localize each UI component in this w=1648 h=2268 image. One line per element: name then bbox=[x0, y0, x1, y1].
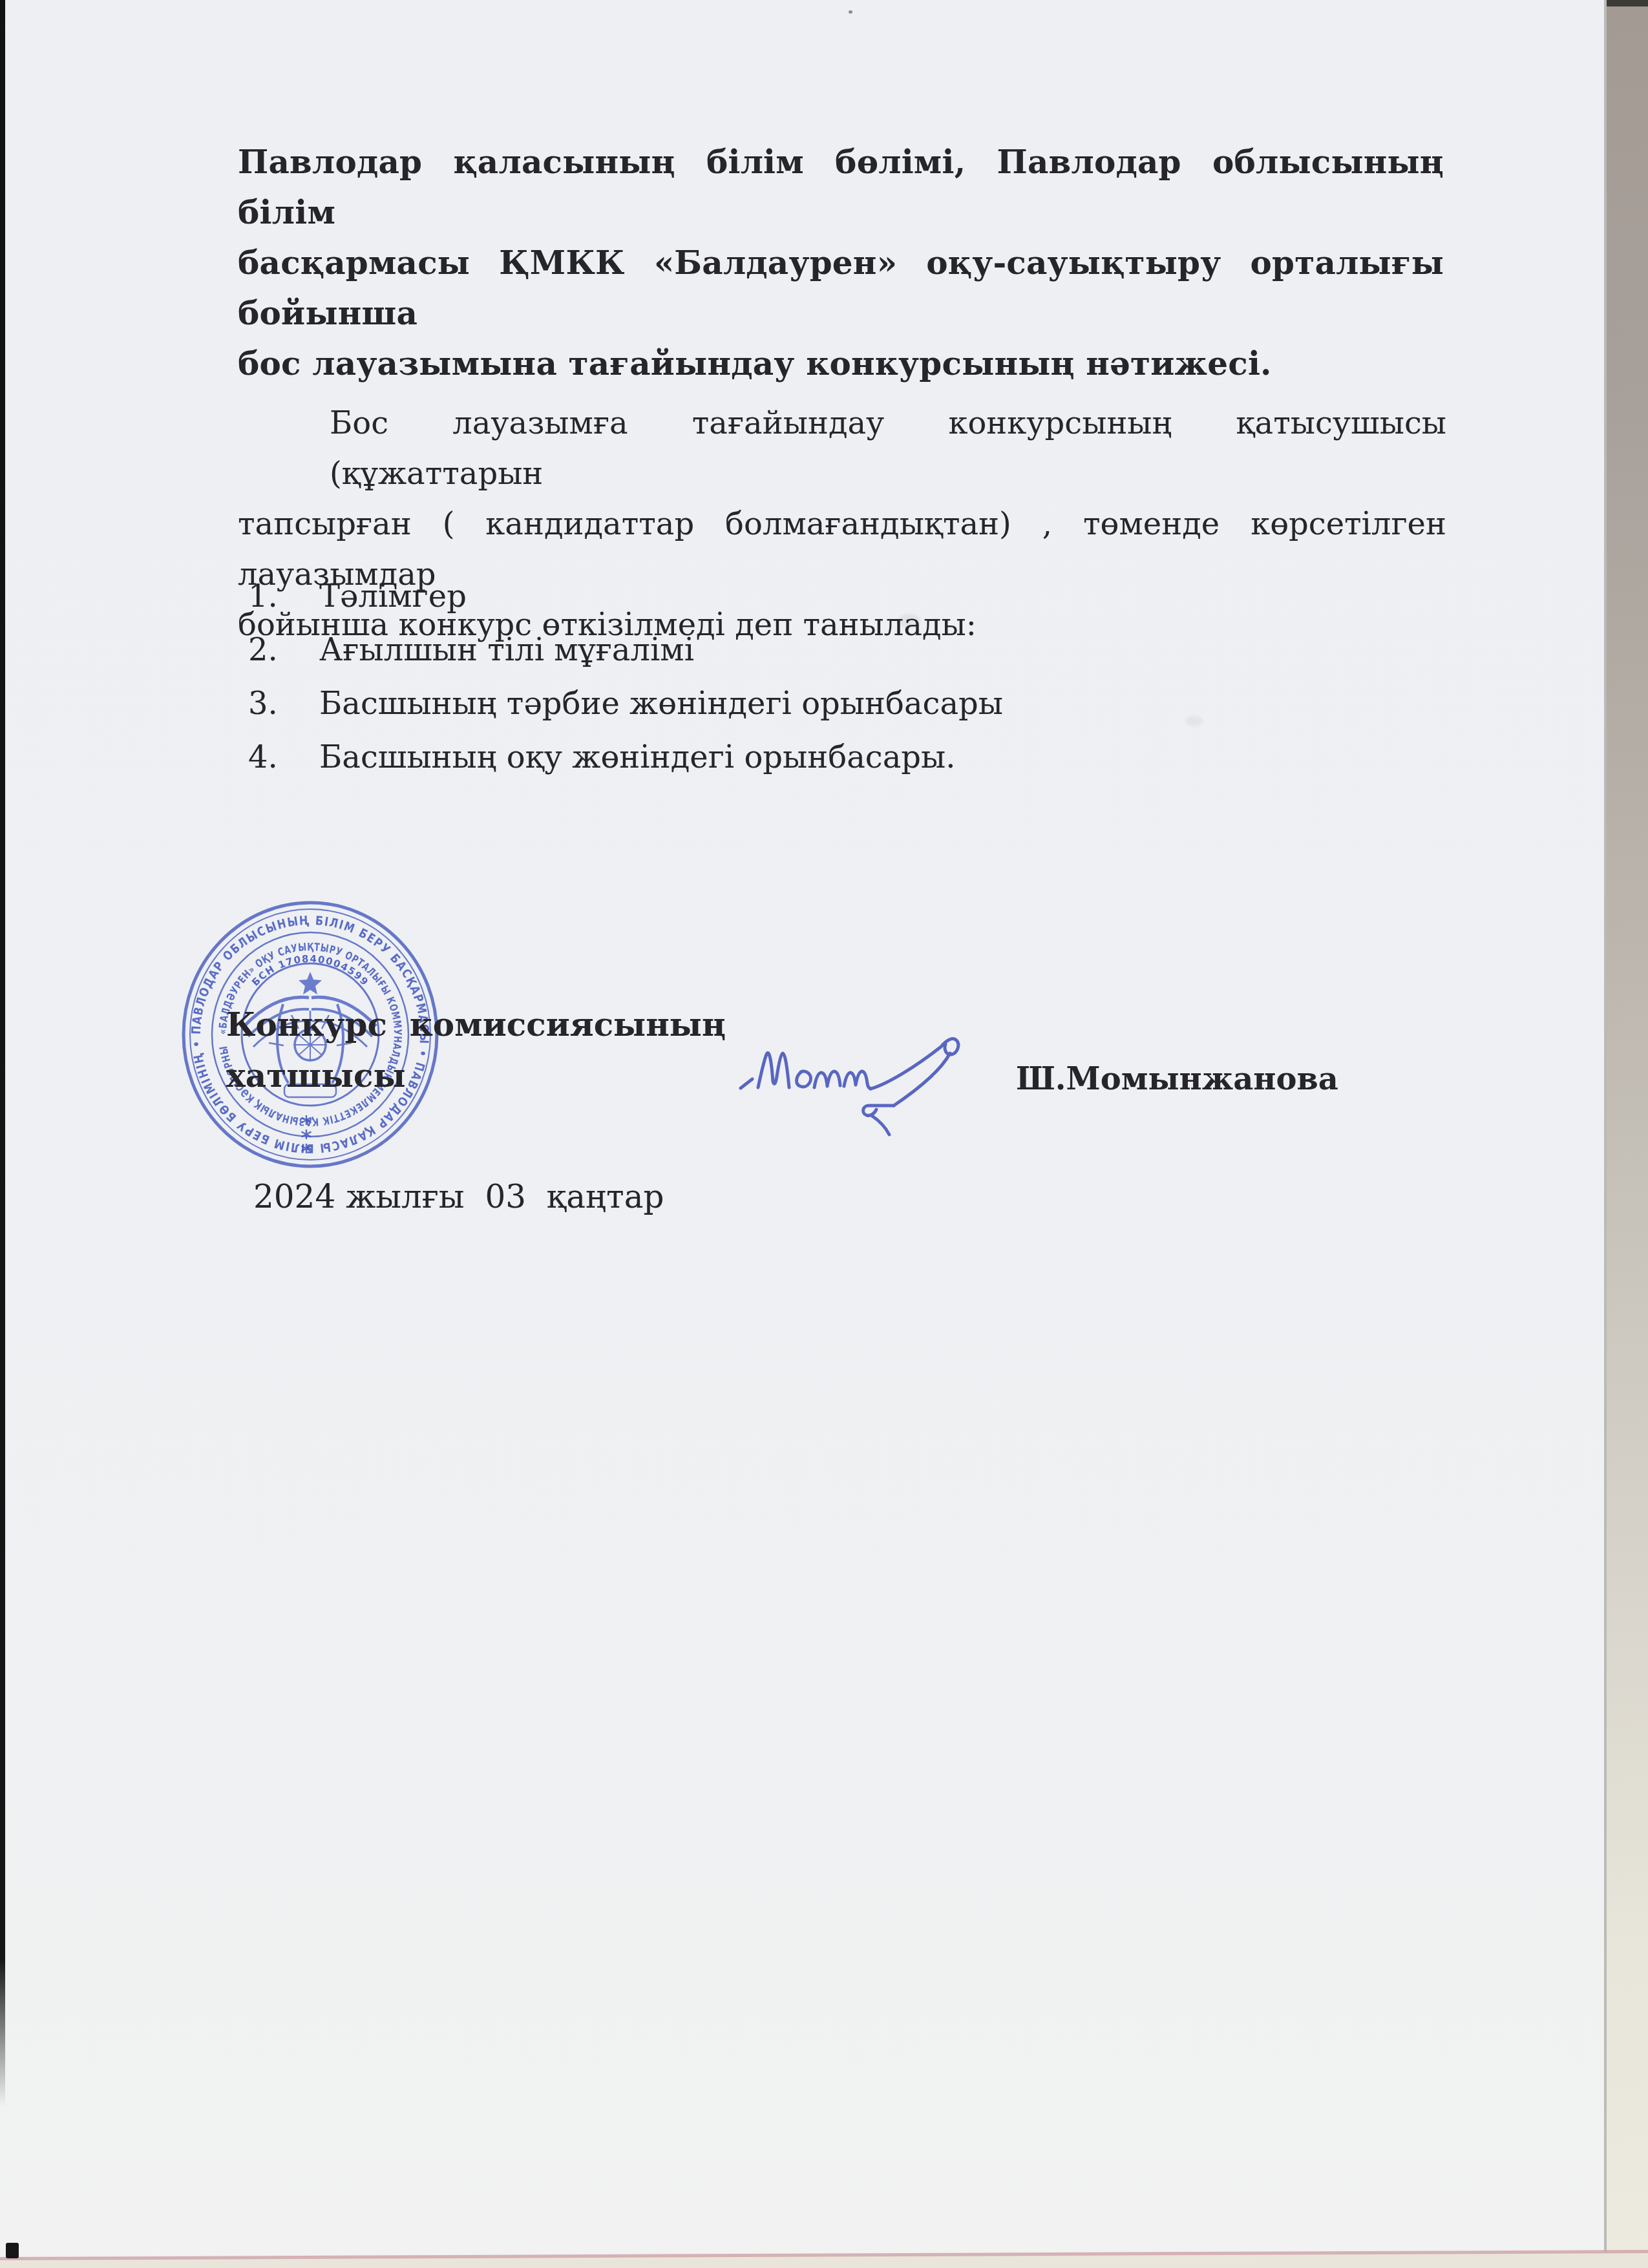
list-item-number: 3. bbox=[248, 677, 290, 731]
list-item: 1. Тәлімгер bbox=[248, 570, 1003, 624]
position-list: 1. Тәлімгер 2. Ағылшын тілі мұғалімі 3. … bbox=[248, 570, 1003, 784]
list-item-number: 4. bbox=[248, 731, 290, 784]
list-item-number: 1. bbox=[248, 570, 290, 624]
list-item: 3. Басшының тәрбие жөніндегі орынбасары bbox=[248, 677, 1003, 731]
list-item: 4. Басшының оқу жөніндегі орынбасары. bbox=[248, 731, 1003, 784]
document-title: Павлодар қаласының білім бөлімі, Павлода… bbox=[238, 137, 1444, 389]
scanned-document-page: Павлодар қаласының білім бөлімі, Павлода… bbox=[0, 0, 1648, 2268]
list-item-label: Тәлімгер bbox=[319, 570, 467, 624]
signer-name: Ш.Момынжанова bbox=[1016, 1061, 1338, 1097]
document-date: 2024 жылғы 03 қаңтар bbox=[253, 1178, 664, 1215]
title-line-2: басқармасы ҚМКК «Балдаурен» оқу-сауықтыр… bbox=[238, 238, 1444, 339]
paragraph-line-1: Бос лауазымға тағайындау конкурсының қат… bbox=[238, 398, 1446, 499]
list-item: 2. Ағылшын тілі мұғалімі bbox=[248, 624, 1003, 677]
scan-smudge bbox=[1186, 716, 1203, 726]
scan-edge-right-top bbox=[1607, 0, 1648, 6]
title-line-1: Павлодар қаласының білім бөлімі, Павлода… bbox=[238, 137, 1444, 238]
signer-role-line-2: хатшысы bbox=[226, 1050, 808, 1101]
signer-role: Конкурс комиссиясының хатшысы bbox=[226, 999, 808, 1101]
scan-edge-left bbox=[0, 0, 5, 2106]
scan-edge-right bbox=[1607, 0, 1648, 2268]
list-item-label: Басшының тәрбие жөніндегі орынбасары bbox=[319, 677, 1003, 731]
signer-role-line-1: Конкурс комиссиясының bbox=[226, 999, 808, 1050]
list-item-label: Басшының оқу жөніндегі орынбасары. bbox=[319, 731, 955, 784]
paper-edge-right-line bbox=[1604, 0, 1607, 2268]
scan-speck bbox=[849, 10, 852, 14]
list-item-label: Ағылшын тілі мұғалімі bbox=[319, 624, 694, 677]
list-item-number: 2. bbox=[248, 624, 290, 677]
scan-corner-mark bbox=[6, 2243, 19, 2258]
title-line-3: бос лауазымына тағайындау конкурсының нә… bbox=[238, 339, 1444, 389]
